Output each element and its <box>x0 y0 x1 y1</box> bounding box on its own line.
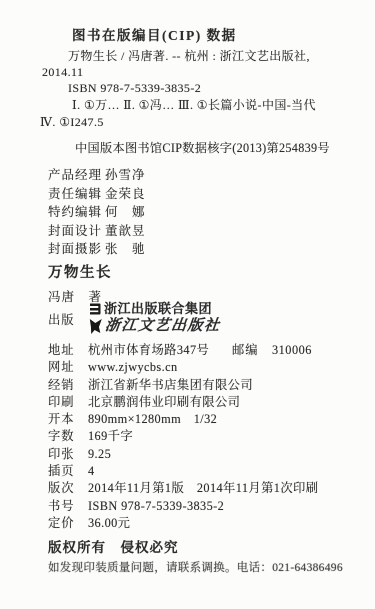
detail-row-distributor: 经销浙江省新华书店集团有限公司 <box>48 377 348 394</box>
detail-label: 定价 <box>48 515 88 532</box>
cip-entry-line1: 万物生长 / 冯唐著. -- 杭州 : 浙江文艺出版社, <box>42 49 352 65</box>
detail-value: 北京鹏润伟业印刷有限公司 <box>88 395 240 409</box>
detail-value: 4 <box>88 464 95 478</box>
detail-row-sheets: 印张9.25 <box>48 446 348 463</box>
detail-row-format: 开本890mm×1280mm 1/32 <box>48 411 348 428</box>
detail-value: www.zjwycbs.cn <box>88 360 178 374</box>
book-copyright-page: 图书在版编目(CIP) 数据 万物生长 / 冯唐著. -- 杭州 : 浙江文艺出… <box>0 0 375 609</box>
credit-role: 产品经理 <box>48 166 105 185</box>
detail-value: ISBN 978-7-5339-3835-2 <box>88 499 224 513</box>
publication-details: 地址杭州市体育场路347号 邮编 310006 网址www.zjwycbs.cn… <box>48 342 348 532</box>
credit-name: 何 娜 <box>105 205 146 219</box>
publisher-group-logo-icon <box>88 302 102 316</box>
credits-block: 产品经理孙雪净 责任编辑金荣良 特约编辑何 娜 封面设计董歆昱 封面摄影张 驰 <box>48 166 146 259</box>
detail-value: 9.25 <box>88 447 111 461</box>
detail-label: 网址 <box>48 359 88 376</box>
cip-record-number: 中国版本图书馆CIP数据核字(2013)第254839号 <box>75 139 330 156</box>
detail-label: 字数 <box>48 428 88 445</box>
book-title: 万物生长 <box>48 264 112 282</box>
credit-row: 封面摄影张 驰 <box>48 240 146 259</box>
credit-role: 封面设计 <box>48 222 105 241</box>
credit-row: 责任编辑金荣良 <box>48 185 146 204</box>
detail-value: 169千字 <box>88 429 133 443</box>
credit-role: 封面摄影 <box>48 240 105 259</box>
publisher-house-line: 浙江文艺出版社 <box>87 317 349 336</box>
publisher-block: 出版 浙江出版联合集团 浙江文艺出版社 <box>48 301 348 336</box>
credit-name: 张 驰 <box>105 242 146 256</box>
credit-row: 产品经理孙雪净 <box>48 166 146 185</box>
publisher-label: 出版 <box>48 310 75 328</box>
detail-row-price: 定价36.00元 <box>48 515 348 532</box>
detail-label: 开本 <box>48 411 88 428</box>
credit-name: 金荣良 <box>105 187 146 201</box>
cip-entry-line2: 2014.11 <box>42 65 352 81</box>
cip-classification-block: Ⅰ. ①万… Ⅱ. ①冯… Ⅲ. ①长篇小说-中国-当代 Ⅳ. ①I247.5 <box>40 97 360 130</box>
detail-value: 杭州市体育场路347号 <box>88 343 209 357</box>
quality-replacement-notice: 如发现印装质量问题，请联系调换。电话：021-64386496 <box>48 559 343 575</box>
publisher-logos: 浙江出版联合集团 浙江文艺出版社 <box>88 301 348 336</box>
credit-row: 特约编辑何 娜 <box>48 203 146 222</box>
detail-label: 地址 <box>48 342 88 359</box>
detail-value: 浙江省新华书店集团有限公司 <box>88 378 253 392</box>
detail-value: 2014年11月第1版 2014年11月第1次印刷 <box>88 481 318 495</box>
detail-row-inserts: 插页4 <box>48 463 348 480</box>
cip-heading: 图书在版编目(CIP) 数据 <box>72 24 237 44</box>
detail-value: 890mm×1280mm 1/32 <box>88 412 217 426</box>
postcode-label: 邮编 <box>232 342 259 359</box>
cip-entry-isbn: ISBN 978-7-5339-3835-2 <box>42 81 352 97</box>
detail-label: 版次 <box>48 480 88 497</box>
detail-row-printer: 印刷北京鹏润伟业印刷有限公司 <box>48 394 348 411</box>
cip-entry-block: 万物生长 / 冯唐著. -- 杭州 : 浙江文艺出版社, 2014.11 ISB… <box>42 49 352 96</box>
publisher-house-logo-icon <box>87 318 104 335</box>
cip-class-line2: Ⅳ. ①I247.5 <box>40 114 360 131</box>
credit-name: 孙雪净 <box>105 168 146 182</box>
publisher-house-name: 浙江文艺出版社 <box>104 317 222 336</box>
publisher-group-line: 浙江出版联合集团 <box>88 301 348 317</box>
credit-name: 董歆昱 <box>105 224 146 238</box>
detail-value: 36.00元 <box>88 516 130 530</box>
publisher-group-name: 浙江出版联合集团 <box>104 301 212 317</box>
detail-row-website: 网址www.zjwycbs.cn <box>48 359 348 376</box>
copyright-notice: 版权所有 侵权必究 <box>48 536 179 556</box>
credit-role: 特约编辑 <box>48 203 105 222</box>
detail-label: 书号 <box>48 498 88 515</box>
cip-class-line1: Ⅰ. ①万… Ⅱ. ①冯… Ⅲ. ①长篇小说-中国-当代 <box>40 97 360 114</box>
book-title-block: 万物生长 冯唐 著 <box>48 264 112 305</box>
detail-label: 印刷 <box>48 394 88 411</box>
detail-row-isbn: 书号ISBN 978-7-5339-3835-2 <box>48 498 348 515</box>
detail-row-wordcount: 字数169千字 <box>48 428 348 445</box>
credit-role: 责任编辑 <box>48 185 105 204</box>
detail-label: 印张 <box>48 446 88 463</box>
detail-row-edition: 版次2014年11月第1版 2014年11月第1次印刷 <box>48 480 348 497</box>
credit-row: 封面设计董歆昱 <box>48 222 146 241</box>
detail-row-address: 地址杭州市体育场路347号 邮编 310006 <box>48 342 348 359</box>
detail-label: 插页 <box>48 463 88 480</box>
detail-label: 经销 <box>48 377 88 394</box>
postcode-value: 310006 <box>272 342 312 359</box>
